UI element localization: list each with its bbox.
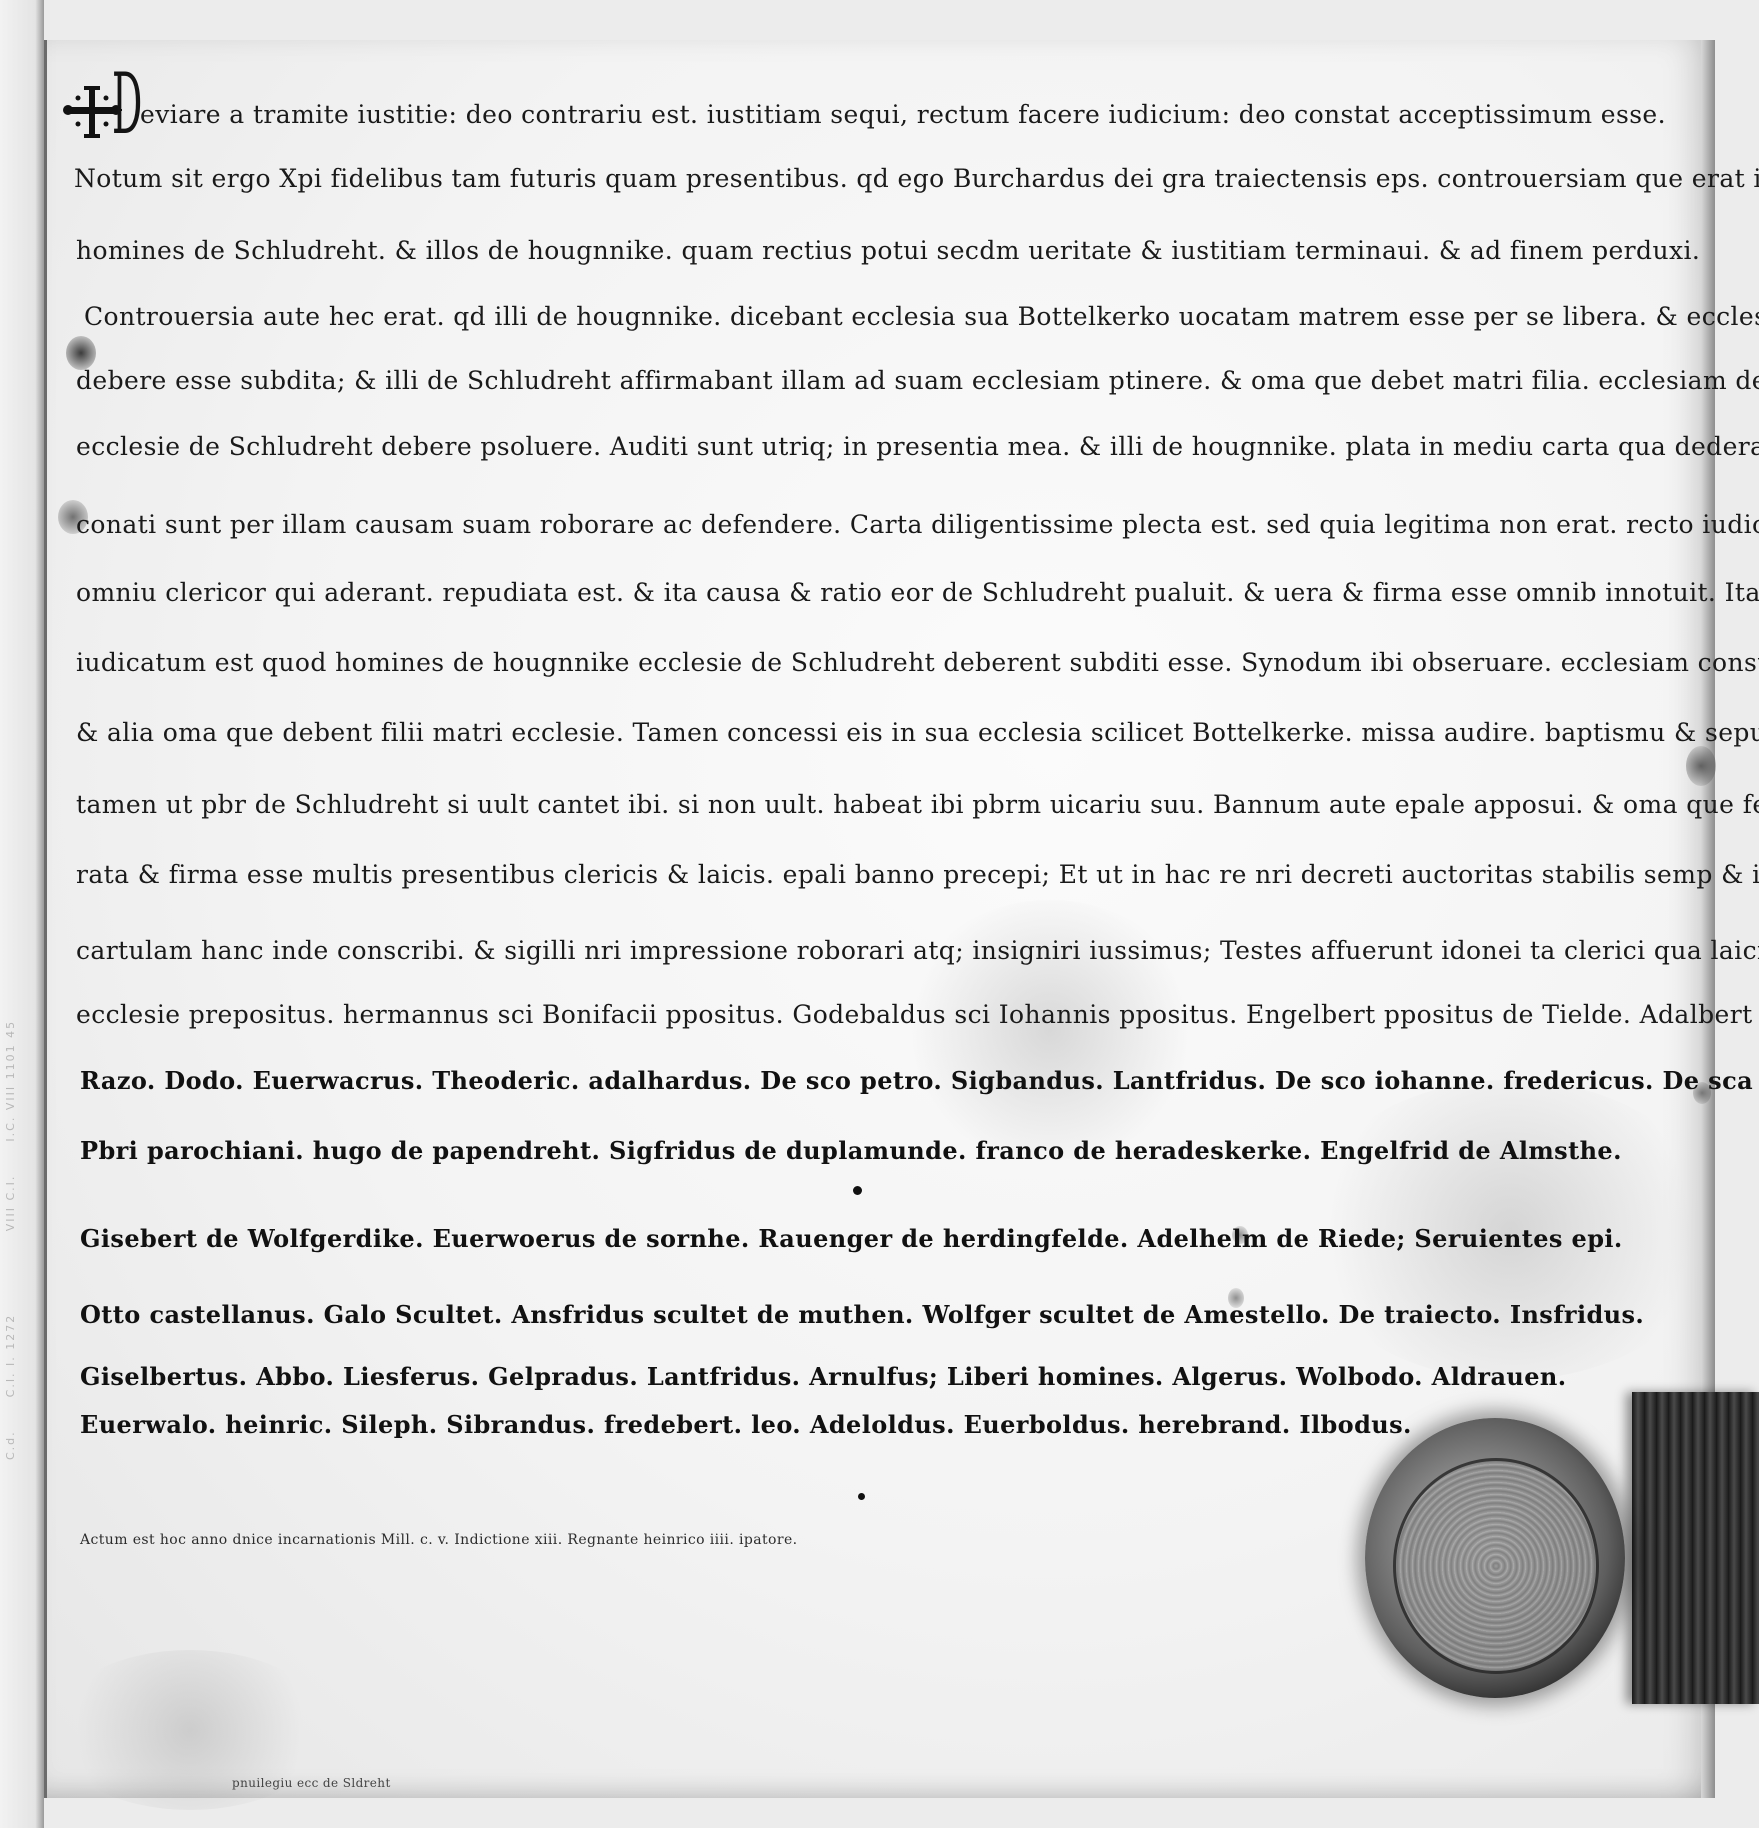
ink-dot <box>858 1493 865 1500</box>
ink-stain <box>66 336 96 370</box>
wax-seal <box>1365 1418 1625 1698</box>
ink-dot <box>853 1186 862 1195</box>
charter-line: homines de Schludreht. & illos de hougnn… <box>76 236 1700 265</box>
margin-note: VIII C.I. <box>4 1175 17 1232</box>
charter-line: ecclesie de Schludreht debere psoluere. … <box>76 432 1759 461</box>
archival-note: pnuilegiu ecc de Sldreht <box>232 1776 391 1790</box>
witness-line: Razo. Dodo. Euerwacrus. Theoderic. adalh… <box>80 1066 1759 1095</box>
witness-line: Gisebert de Wolfgerdike. Euerwoerus de s… <box>80 1224 1623 1253</box>
charter-line: Notum sit ergo Xpi fidelibus tam futuris… <box>74 164 1759 193</box>
charter-line: conati sunt per illam causam suam robora… <box>76 510 1759 539</box>
witness-line: Pbri parochiani. hugo de papendreht. Sig… <box>80 1136 1622 1165</box>
charter-line: eviare a tramite iustitie: deo contrariu… <box>140 100 1666 129</box>
charter-line: tamen ut pbr de Schludreht si uult cante… <box>76 790 1759 819</box>
charter-line: ecclesie prepositus. hermannus sci Bonif… <box>76 1000 1759 1029</box>
seal-parchment-tag <box>1632 1392 1759 1704</box>
charter-line: iudicatum est quod homines de hougnnike … <box>76 648 1759 677</box>
witness-line: Otto castellanus. Galo Scultet. Ansfridu… <box>80 1300 1644 1329</box>
seal-impression <box>1393 1458 1599 1674</box>
margin-note: C.I. I. 1272 <box>4 1314 17 1398</box>
charter-line: & alia oma que debent filii matri eccles… <box>76 718 1759 747</box>
witness-line: Giselbertus. Abbo. Liesferus. Gelpradus.… <box>80 1362 1567 1391</box>
ink-stain <box>1686 746 1716 786</box>
witness-line: Euerwalo. heinric. Sileph. Sibrandus. fr… <box>80 1410 1412 1439</box>
margin-note: C.d. <box>4 1430 17 1460</box>
charter-line: Controuersia aute hec erat. qd illi de h… <box>84 302 1759 331</box>
charter-line: omniu clericor qui aderant. repudiata es… <box>76 578 1759 607</box>
charter-line: debere esse subdita; & illi de Schludreh… <box>76 366 1759 395</box>
archive-margin-notes: C.d. C.I. I. 1272 VIII C.I. I.C. VIII 11… <box>4 560 24 1460</box>
margin-note: I.C. VIII 1101 45 <box>4 1020 17 1142</box>
charter-line: rata & firma esse multis presentibus cle… <box>76 860 1759 889</box>
decorated-initial: D <box>112 62 142 146</box>
charter-line: cartulam hanc inde conscribi. & sigilli … <box>76 936 1759 965</box>
dating-clause: Actum est hoc anno dnice incarnationis M… <box>80 1532 797 1548</box>
